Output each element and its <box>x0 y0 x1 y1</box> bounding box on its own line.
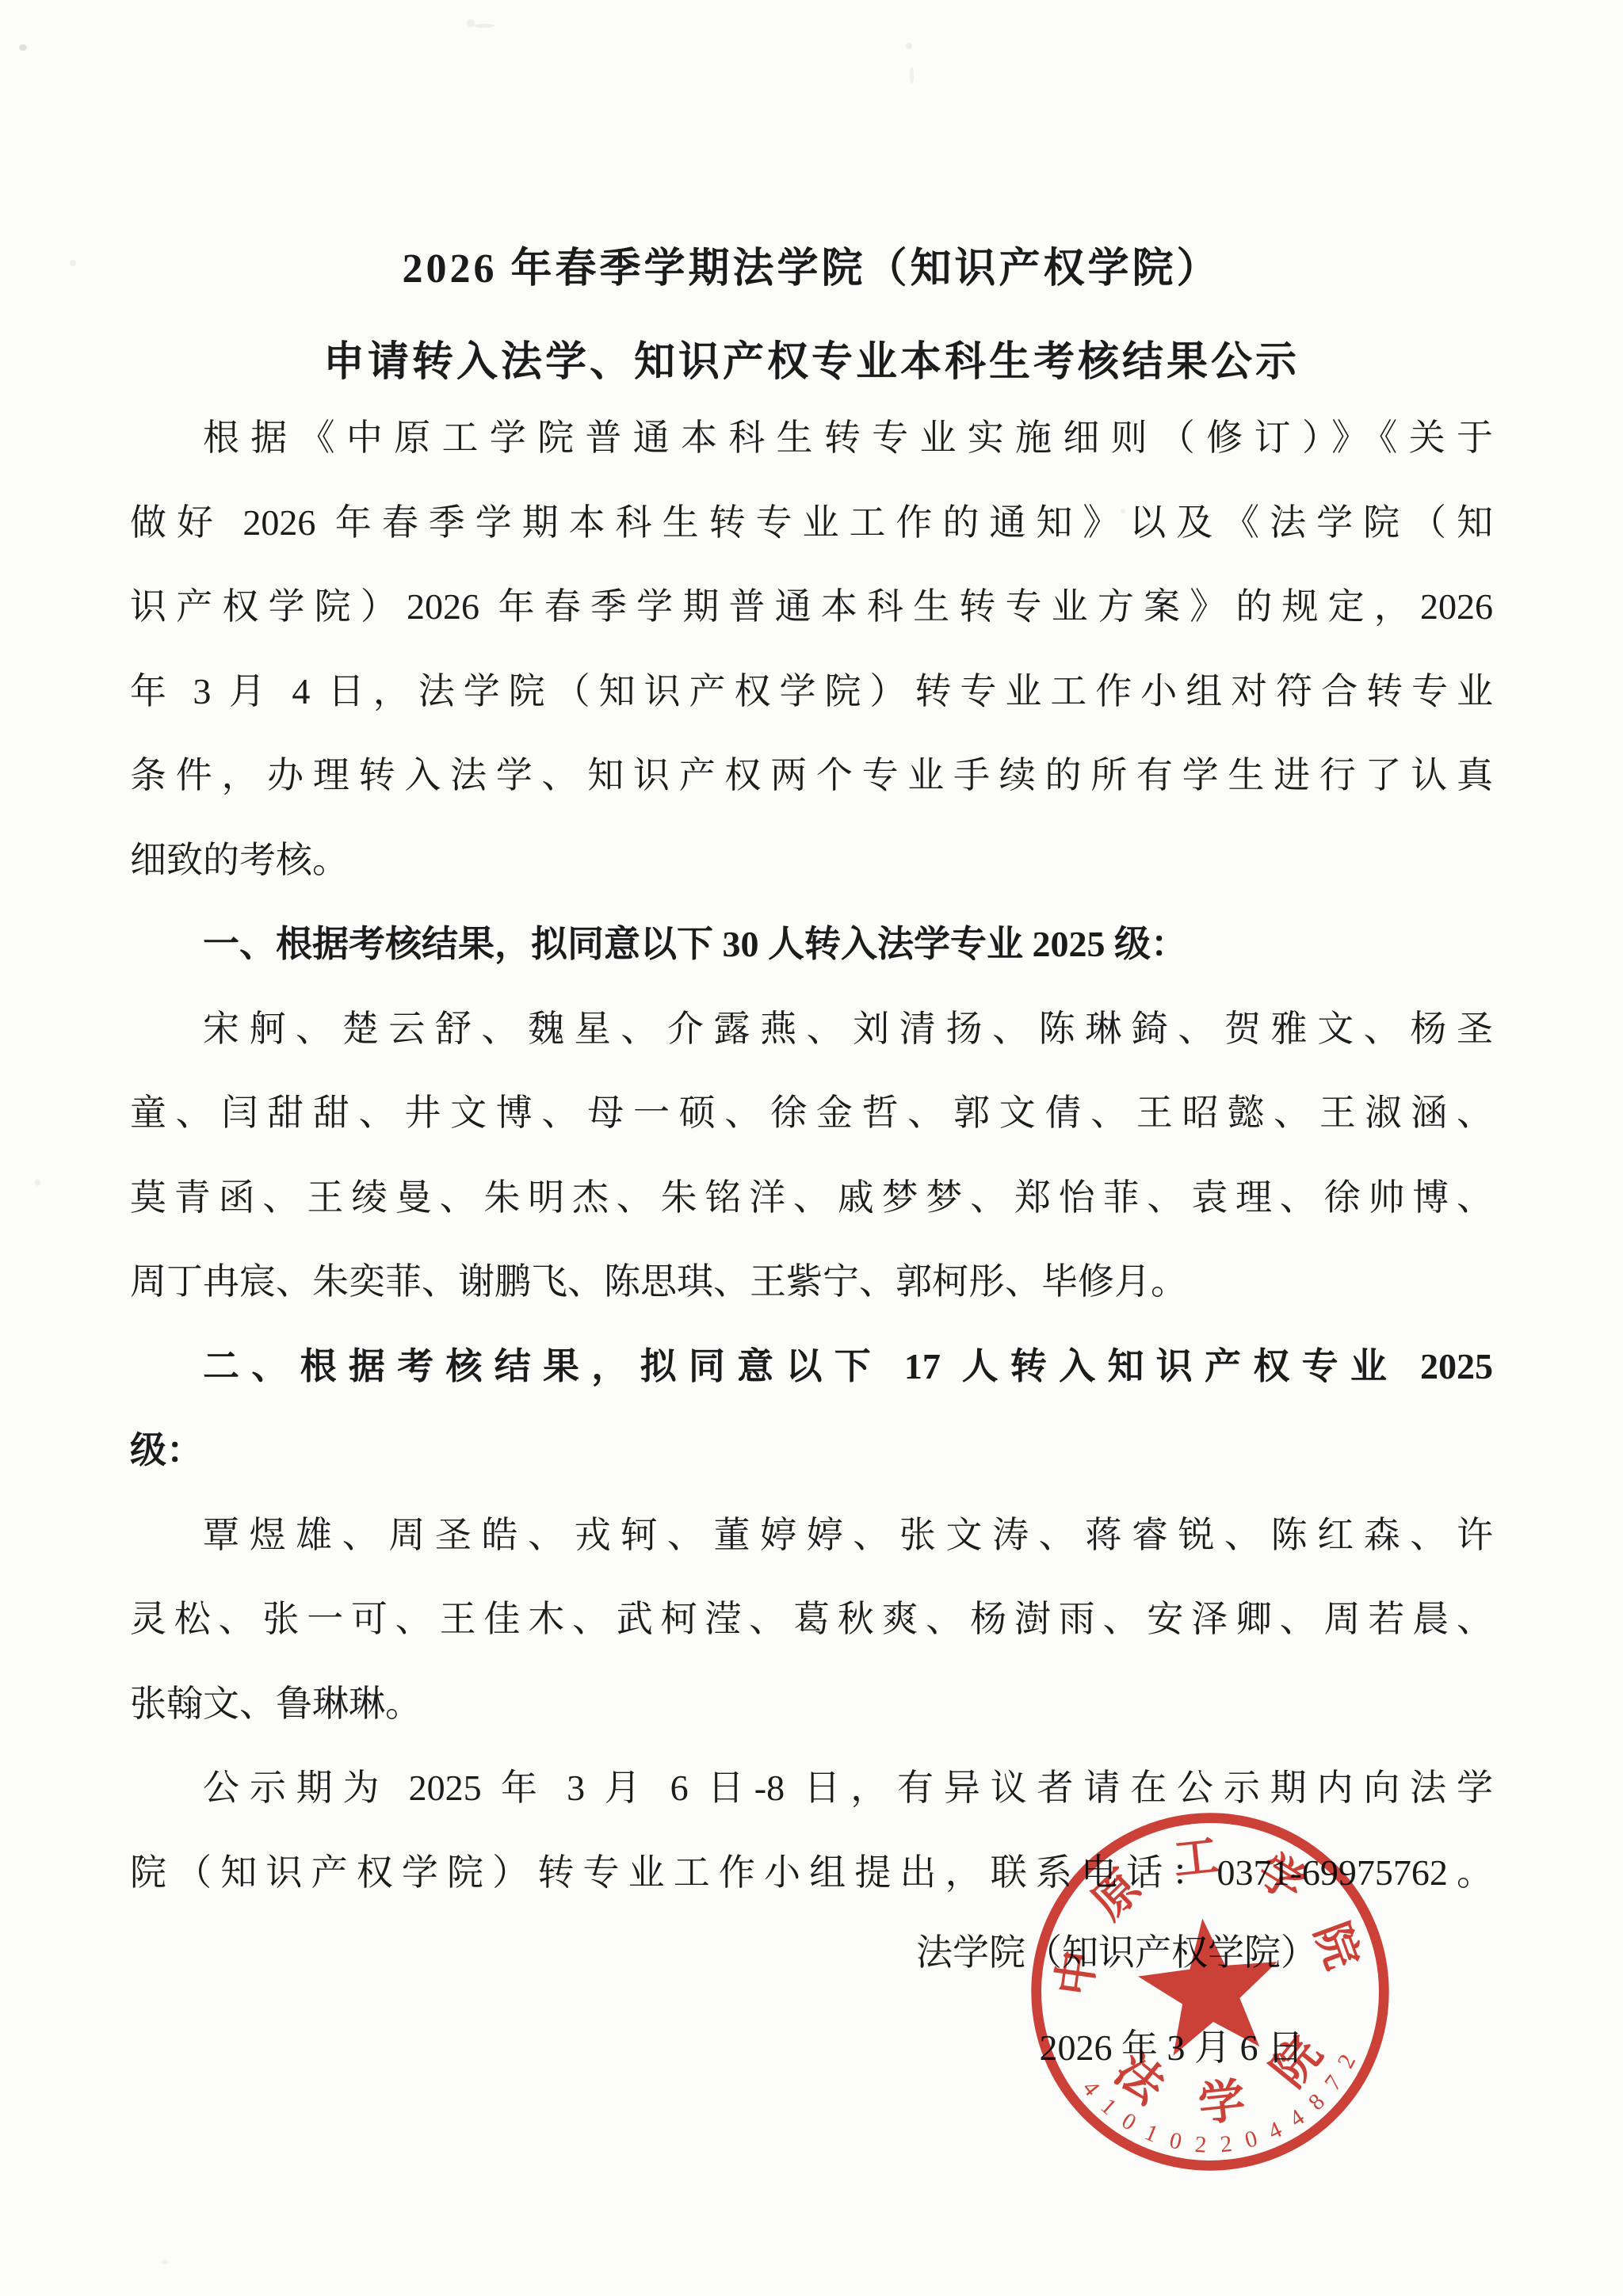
stamp-serial-digit: 2 <box>1194 2132 1208 2158</box>
body-line: 公示期为 2025 年 3 月 6 日-8 日，有异议者请在公示期内向法学 <box>130 1746 1493 1831</box>
stamp-serial-digit: 4 <box>1285 2104 1309 2132</box>
body-line: 条件，办理转入法学、知识产权两个专业手续的所有学生进行了认真 <box>130 734 1493 818</box>
stamp-serial-digit: 1 <box>1141 2119 1162 2147</box>
scan-noise <box>910 67 914 84</box>
body-line: 院（知识产权学院）转专业工作小组提出，联系电话：0371-69975762。 <box>130 1831 1493 1916</box>
body-line: 张翰文、鲁琳琳。 <box>130 1662 1493 1747</box>
stamp-serial-digit: 8 <box>1304 2089 1330 2115</box>
body-line: 细致的考核。 <box>130 818 1493 903</box>
body-line: 二、根据考核结果，拟同意以下 17 人转入知识产权专业 2025 <box>130 1325 1493 1409</box>
stamp-serial-digit: 2 <box>1219 2131 1233 2157</box>
stamp-serial-digit: 0 <box>1117 2108 1140 2136</box>
scan-noise <box>162 2260 168 2264</box>
body-line: 根据《中原工学院普通本科生转专业实施细则（修订）》《关于 <box>130 396 1493 481</box>
body-line: 识产权学院）2026 年春季学期普通本科生转专业方案》的规定，2026 <box>130 565 1493 650</box>
body-line: 覃煜雄、周圣皓、戎轲、董婷婷、张文涛、蒋睿锐、陈红森、许 <box>130 1493 1493 1578</box>
body-line: 宋舸、楚云舒、魏星、介露燕、刘清扬、陈琳錡、贺雅文、杨圣 <box>130 987 1493 1072</box>
stamp-serial-digit: 0 <box>1167 2127 1185 2154</box>
document-body: 根据《中原工学院普通本科生转专业实施细则（修订）》《关于做好 2026 年春季学… <box>130 396 1493 1915</box>
scan-noise <box>19 44 27 51</box>
body-line: 级： <box>130 1409 1493 1493</box>
body-line: 莫青函、王绫曼、朱明杰、朱铭洋、戚梦梦、郑怡菲、袁理、徐帅博、 <box>130 1156 1493 1241</box>
body-line: 灵松、张一可、王佳木、武柯滢、葛秋爽、杨澍雨、安泽卿、周若晨、 <box>130 1577 1493 1662</box>
body-line: 童、闫甜甜、井文博、母一硕、徐金哲、郭文倩、王昭懿、王淑涵、 <box>130 1071 1493 1156</box>
signature-org: 法学院（知识产权学院） <box>130 1911 1493 1995</box>
signature-date: 2026 年 3 月 6 日 <box>130 2006 1493 2090</box>
body-line: 做好 2026 年春季学期本科生转专业工作的通知》以及《法学院（知 <box>130 481 1493 566</box>
stamp-serial-digit: 0 <box>1242 2126 1260 2153</box>
stamp-serial-digit: 1 <box>1096 2093 1121 2120</box>
scan-noise <box>70 260 76 266</box>
stamp-serial-digit: 4 <box>1264 2117 1285 2145</box>
body-line: 年 3 月 4 日，法学院（知识产权学院）转专业工作小组对符合转专业 <box>130 650 1493 734</box>
scan-noise <box>35 1179 40 1186</box>
document-title-line1: 2026 年春季学期法学院（知识产权学院） <box>130 235 1493 294</box>
document-page: 2026 年春季学期法学院（知识产权学院） 申请转入法学、知识产权专业本科生考核… <box>0 0 1623 2296</box>
scan-noise <box>474 24 495 28</box>
body-line: 周丁冉宸、朱奕菲、谢鹏飞、陈思琪、王紫宁、郭柯彤、毕修月。 <box>130 1240 1493 1325</box>
document-title-line2: 申请转入法学、知识产权专业本科生考核结果公示 <box>130 328 1493 387</box>
body-line: 一、根据考核结果，拟同意以下 30 人转入法学专业 2025 级： <box>130 902 1493 987</box>
